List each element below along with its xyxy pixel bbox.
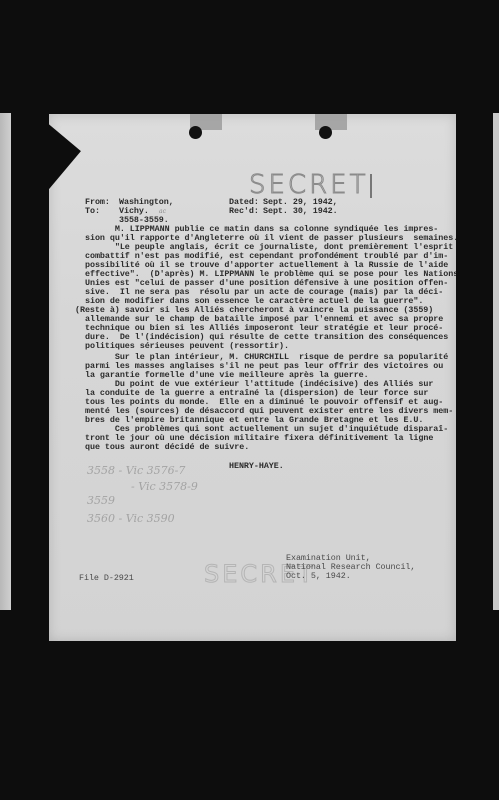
- secret-stamp: SECRET: [249, 170, 368, 200]
- handwritten-note: 3558 - Vic 3576-7: [87, 464, 185, 477]
- body-line: que tous auront décidé de suivre.: [85, 443, 249, 453]
- footer-line-3: Oct. 5, 1942.: [286, 572, 351, 582]
- to-annotation: ac: [159, 208, 166, 215]
- handwritten-note: 3559: [87, 494, 115, 507]
- adjacent-page-left-edge: [0, 113, 11, 610]
- punch-hole-left: [189, 126, 202, 139]
- folded-corner: [49, 114, 81, 335]
- handwritten-note: - Vic 3578-9: [131, 480, 198, 493]
- handwritten-note: 3560 - Vic 3590: [87, 512, 175, 525]
- document-page: SECRET From: Washington, To: Vichy. ac 3…: [49, 114, 456, 641]
- adjacent-page-right-edge: [493, 113, 499, 610]
- to-label: To:: [85, 207, 100, 217]
- recd-label: Rec'd:: [229, 207, 259, 217]
- signature: HENRY-HAYE.: [229, 462, 284, 472]
- body-line: politiques sérieuses peuvent (ressortir)…: [85, 342, 289, 352]
- file-number: File D-2921: [79, 574, 134, 584]
- punch-hole-right: [319, 126, 332, 139]
- recd-value: Sept. 30, 1942.: [263, 207, 338, 217]
